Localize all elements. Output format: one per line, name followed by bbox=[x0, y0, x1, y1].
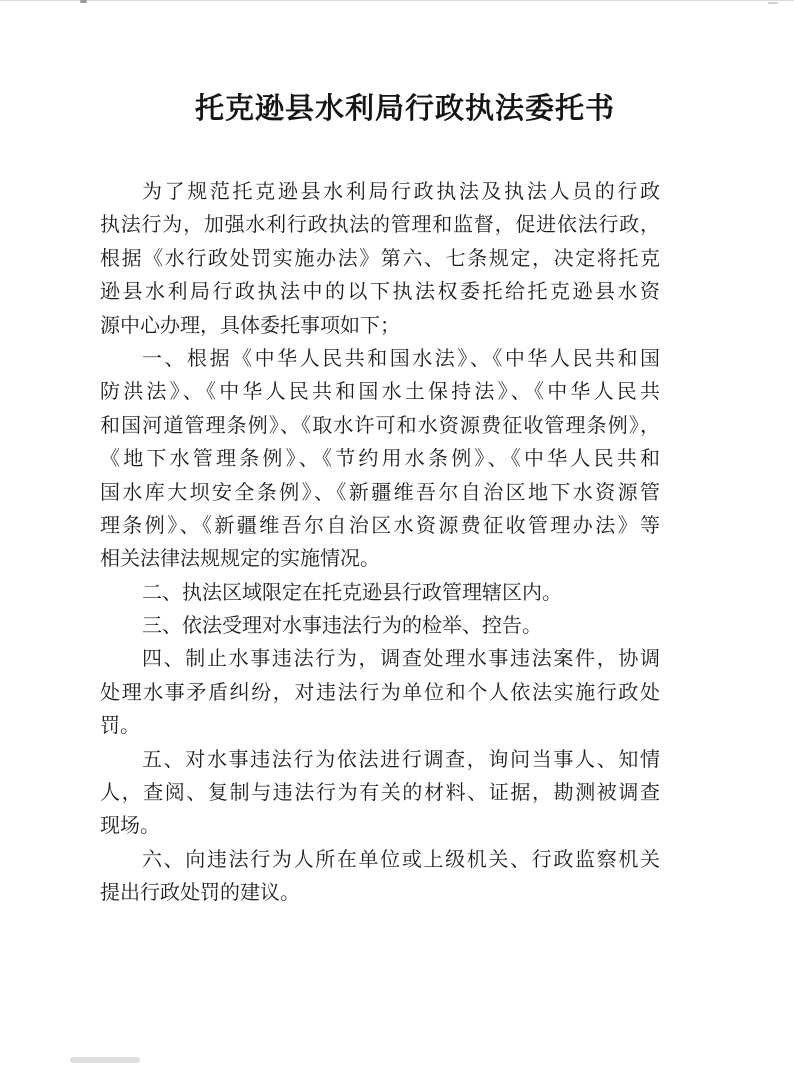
text-line: 一、根据《中华人民共和国水法》、《中华人民共和国 bbox=[100, 343, 660, 376]
document-page: 托克逊县水利局行政执法委托书 为了规范托克逊县水利局行政执法及执法人员的行政执法… bbox=[0, 0, 794, 1069]
scan-artifact-smudge bbox=[70, 1057, 140, 1063]
text-line: 执法行为，加强水利行政执法的管理和监督，促进依法行政， bbox=[100, 209, 660, 242]
text-line: 逊县水利局行政执法中的以下执法权委托给托克逊县水资 bbox=[100, 276, 660, 309]
text-line: 二、执法区域限定在托克逊县行政管理辖区内。 bbox=[100, 577, 660, 610]
text-line: 罚。 bbox=[100, 710, 660, 743]
text-line: 六、向违法行为人所在单位或上级机关、行政监察机关 bbox=[100, 844, 660, 877]
text-line: 四、制止水事违法行为，调查处理水事违法案件，协调 bbox=[100, 643, 660, 676]
text-line: 防洪法》、《中华人民共和国水土保持法》、《中华人民共 bbox=[100, 376, 660, 409]
text-line: 相关法律法规规定的实施情况。 bbox=[100, 543, 660, 576]
text-line: 人，查阅、复制与违法行为有关的材料、证据，勘测被调查 bbox=[100, 777, 660, 810]
document-body: 为了规范托克逊县水利局行政执法及执法人员的行政执法行为，加强水利行政执法的管理和… bbox=[100, 176, 660, 911]
text-line: 源中心办理，具体委托事项如下； bbox=[100, 310, 660, 343]
text-line: 为了规范托克逊县水利局行政执法及执法人员的行政 bbox=[100, 176, 660, 209]
text-line: 处理水事矛盾纠纷，对违法行为单位和个人依法实施行政处 bbox=[100, 677, 660, 710]
text-line: 提出行政处罚的建议。 bbox=[100, 877, 660, 910]
text-line: 《地下水管理条例》、《节约用水条例》、《中华人民共和 bbox=[100, 443, 660, 476]
text-line: 三、依法受理对水事违法行为的检举、控告。 bbox=[100, 610, 660, 643]
text-line: 根据《水行政处罚实施办法》第六、七条规定，决定将托克 bbox=[100, 243, 660, 276]
text-line: 理条例》、《新疆维吾尔自治区水资源费征收管理办法》等 bbox=[100, 510, 660, 543]
scan-artifact-speck bbox=[80, 0, 87, 3]
document-title: 托克逊县水利局行政执法委托书 bbox=[115, 90, 695, 128]
scan-artifact-top-line bbox=[0, 0, 794, 1]
scan-artifact-speck bbox=[768, 2, 778, 4]
text-line: 和国河道管理条例》、《取水许可和水资源费征收管理条例》， bbox=[100, 410, 660, 443]
text-line: 国水库大坝安全条例》、《新疆维吾尔自治区地下水资源管 bbox=[100, 477, 660, 510]
text-line: 现场。 bbox=[100, 810, 660, 843]
text-line: 五、对水事违法行为依法进行调查，询问当事人、知情 bbox=[100, 744, 660, 777]
